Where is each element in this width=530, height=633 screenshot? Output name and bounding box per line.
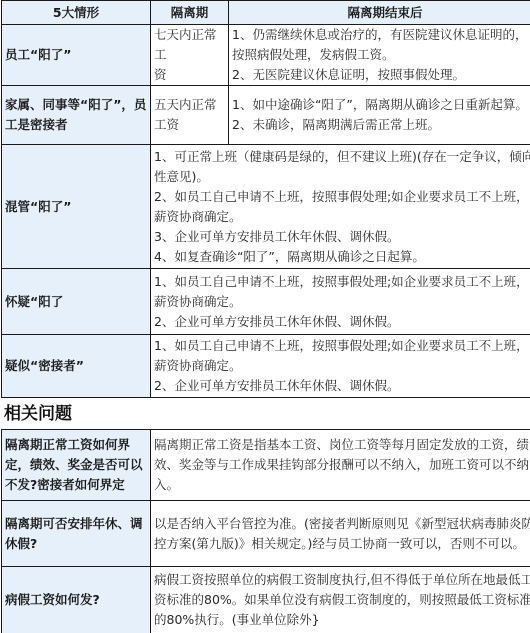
table-row: 隔离期可否安排年休、调休假? 以是否纳入平台管控为准。(密接者判断原则见《新型冠… bbox=[2, 501, 530, 567]
detail-item: 2、未确诊，隔离期满后需正常上班。 bbox=[232, 115, 530, 135]
table-row: 家属、同事等“阳了”，员工是密接者 五天内正常 工资 1、如中途确诊“阳了”，隔… bbox=[2, 86, 530, 145]
situation-label: 怀疑“阳了 bbox=[2, 269, 151, 335]
table-row: 混管“阳了” 1、可正常上班（健康码是绿的，但不建议上班)(存在一定争议，倾向性… bbox=[2, 145, 530, 269]
answer-cell: 以是否纳入平台管控为准。(密接者判断原则见《新型冠状病毒肺炎防控方案(第九版)》… bbox=[151, 501, 530, 567]
situation-label: 员工“阳了” bbox=[2, 25, 151, 86]
period-cell: 五天内正常 工资 bbox=[151, 86, 229, 145]
period-line: 工 bbox=[154, 45, 225, 65]
detail-cell: 1、如员工自己申请不上班，按照事假处理;如企业要求员工不上班，薪资协商确定。 2… bbox=[151, 335, 530, 398]
table-header-row: 5大情形 隔离期 隔离期结束后 bbox=[2, 1, 530, 25]
situation-label: 疑似“密接者” bbox=[2, 335, 151, 398]
detail-item: 2、如员工自己申请不上班，按照事假处理;如企业要求员工不上班，薪资协商确定。 bbox=[154, 187, 530, 227]
header-quarantine-period: 隔离期 bbox=[151, 1, 229, 25]
table-row: 怀疑“阳了 1、如员工自己申请不上班，按照事假处理;如企业要求员工不上班，薪资协… bbox=[2, 269, 530, 335]
situation-label: 混管“阳了” bbox=[2, 145, 151, 269]
detail-item: 1、如中途确诊“阳了”，隔离期从确诊之日重新起算。 bbox=[232, 95, 530, 115]
detail-item: 2、企业可单方安排员工休年休假、调休假。 bbox=[154, 312, 530, 332]
question-label: 隔离期可否安排年休、调休假? bbox=[2, 501, 151, 567]
period-line: 五天内正常 bbox=[154, 95, 225, 115]
question-label: 隔离期正常工资如何界定，绩效、奖金是否可以不发?密接者如何界定 bbox=[2, 430, 151, 501]
detail-item: 3、企业可单方安排员工休年休假、调休假。 bbox=[154, 227, 530, 247]
question-label: 病假工资如何发? bbox=[2, 567, 151, 633]
period-line: 七天内正常 bbox=[154, 25, 225, 45]
header-after-quarantine: 隔离期结束后 bbox=[229, 1, 530, 25]
situations-table: 5大情形 隔离期 隔离期结束后 员工“阳了” 七天内正常 工 资 1、仍需继续休… bbox=[1, 0, 530, 398]
detail-cell: 1、如员工自己申请不上班，按照事假处理;如企业要求员工不上班，薪资协商确定。 2… bbox=[151, 269, 530, 335]
header-situation: 5大情形 bbox=[2, 1, 151, 25]
detail-item: 2、无医院建议休息证明，按照事假处理。 bbox=[232, 65, 530, 85]
detail-item: 2、企业可单方安排员工休年休假、调休假。 bbox=[154, 376, 530, 396]
detail-cell: 1、可正常上班（健康码是绿的，但不建议上班)(存在一定争议，倾向性意见)。 2、… bbox=[151, 145, 530, 269]
detail-cell: 1、如中途确诊“阳了”，隔离期从确诊之日重新起算。 2、未确诊，隔离期满后需正常… bbox=[229, 86, 530, 145]
answer-cell: 病假工资按照单位的病假工资制度执行,但不得低于单位所在地最低工资标准的80%。如… bbox=[151, 567, 530, 633]
detail-cell: 1、仍需继续休息或治疗的，有医院建议休息证明的，按照病假处理，发病假工资。 2、… bbox=[229, 25, 530, 86]
related-questions-table: 隔离期正常工资如何界定，绩效、奖金是否可以不发?密接者如何界定 隔离期正常工资是… bbox=[1, 429, 530, 633]
answer-cell: 隔离期正常工资是指基本工资、岗位工资等每月固定发放的工资，绩效、奖金等与工作成果… bbox=[151, 430, 530, 501]
detail-item: 4、如复查确诊“阳了”，隔离期从确诊之日起算。 bbox=[154, 247, 530, 267]
section-title: 相关问题 bbox=[4, 402, 72, 426]
detail-item: 1、如员工自己申请不上班，按照事假处理;如企业要求员工不上班，薪资协商确定。 bbox=[154, 272, 530, 312]
table-row: 病假工资如何发? 病假工资按照单位的病假工资制度执行,但不得低于单位所在地最低工… bbox=[2, 567, 530, 633]
detail-item: 1、如员工自己申请不上班，按照事假处理;如企业要求员工不上班，薪资协商确定。 bbox=[154, 336, 530, 376]
table-row: 员工“阳了” 七天内正常 工 资 1、仍需继续休息或治疗的，有医院建议休息证明的… bbox=[2, 25, 530, 86]
detail-item: 1、可正常上班（健康码是绿的，但不建议上班)(存在一定争议，倾向性意见)。 bbox=[154, 147, 530, 187]
table-row: 疑似“密接者” 1、如员工自己申请不上班，按照事假处理;如企业要求员工不上班，薪… bbox=[2, 335, 530, 398]
detail-item: 1、仍需继续休息或治疗的，有医院建议休息证明的，按照病假处理，发病假工资。 bbox=[232, 25, 530, 65]
period-cell: 七天内正常 工 资 bbox=[151, 25, 229, 86]
table-row: 隔离期正常工资如何界定，绩效、奖金是否可以不发?密接者如何界定 隔离期正常工资是… bbox=[2, 430, 530, 501]
situation-label: 家属、同事等“阳了”，员工是密接者 bbox=[2, 86, 151, 145]
period-line: 工资 bbox=[154, 115, 225, 135]
period-line: 资 bbox=[154, 65, 225, 85]
